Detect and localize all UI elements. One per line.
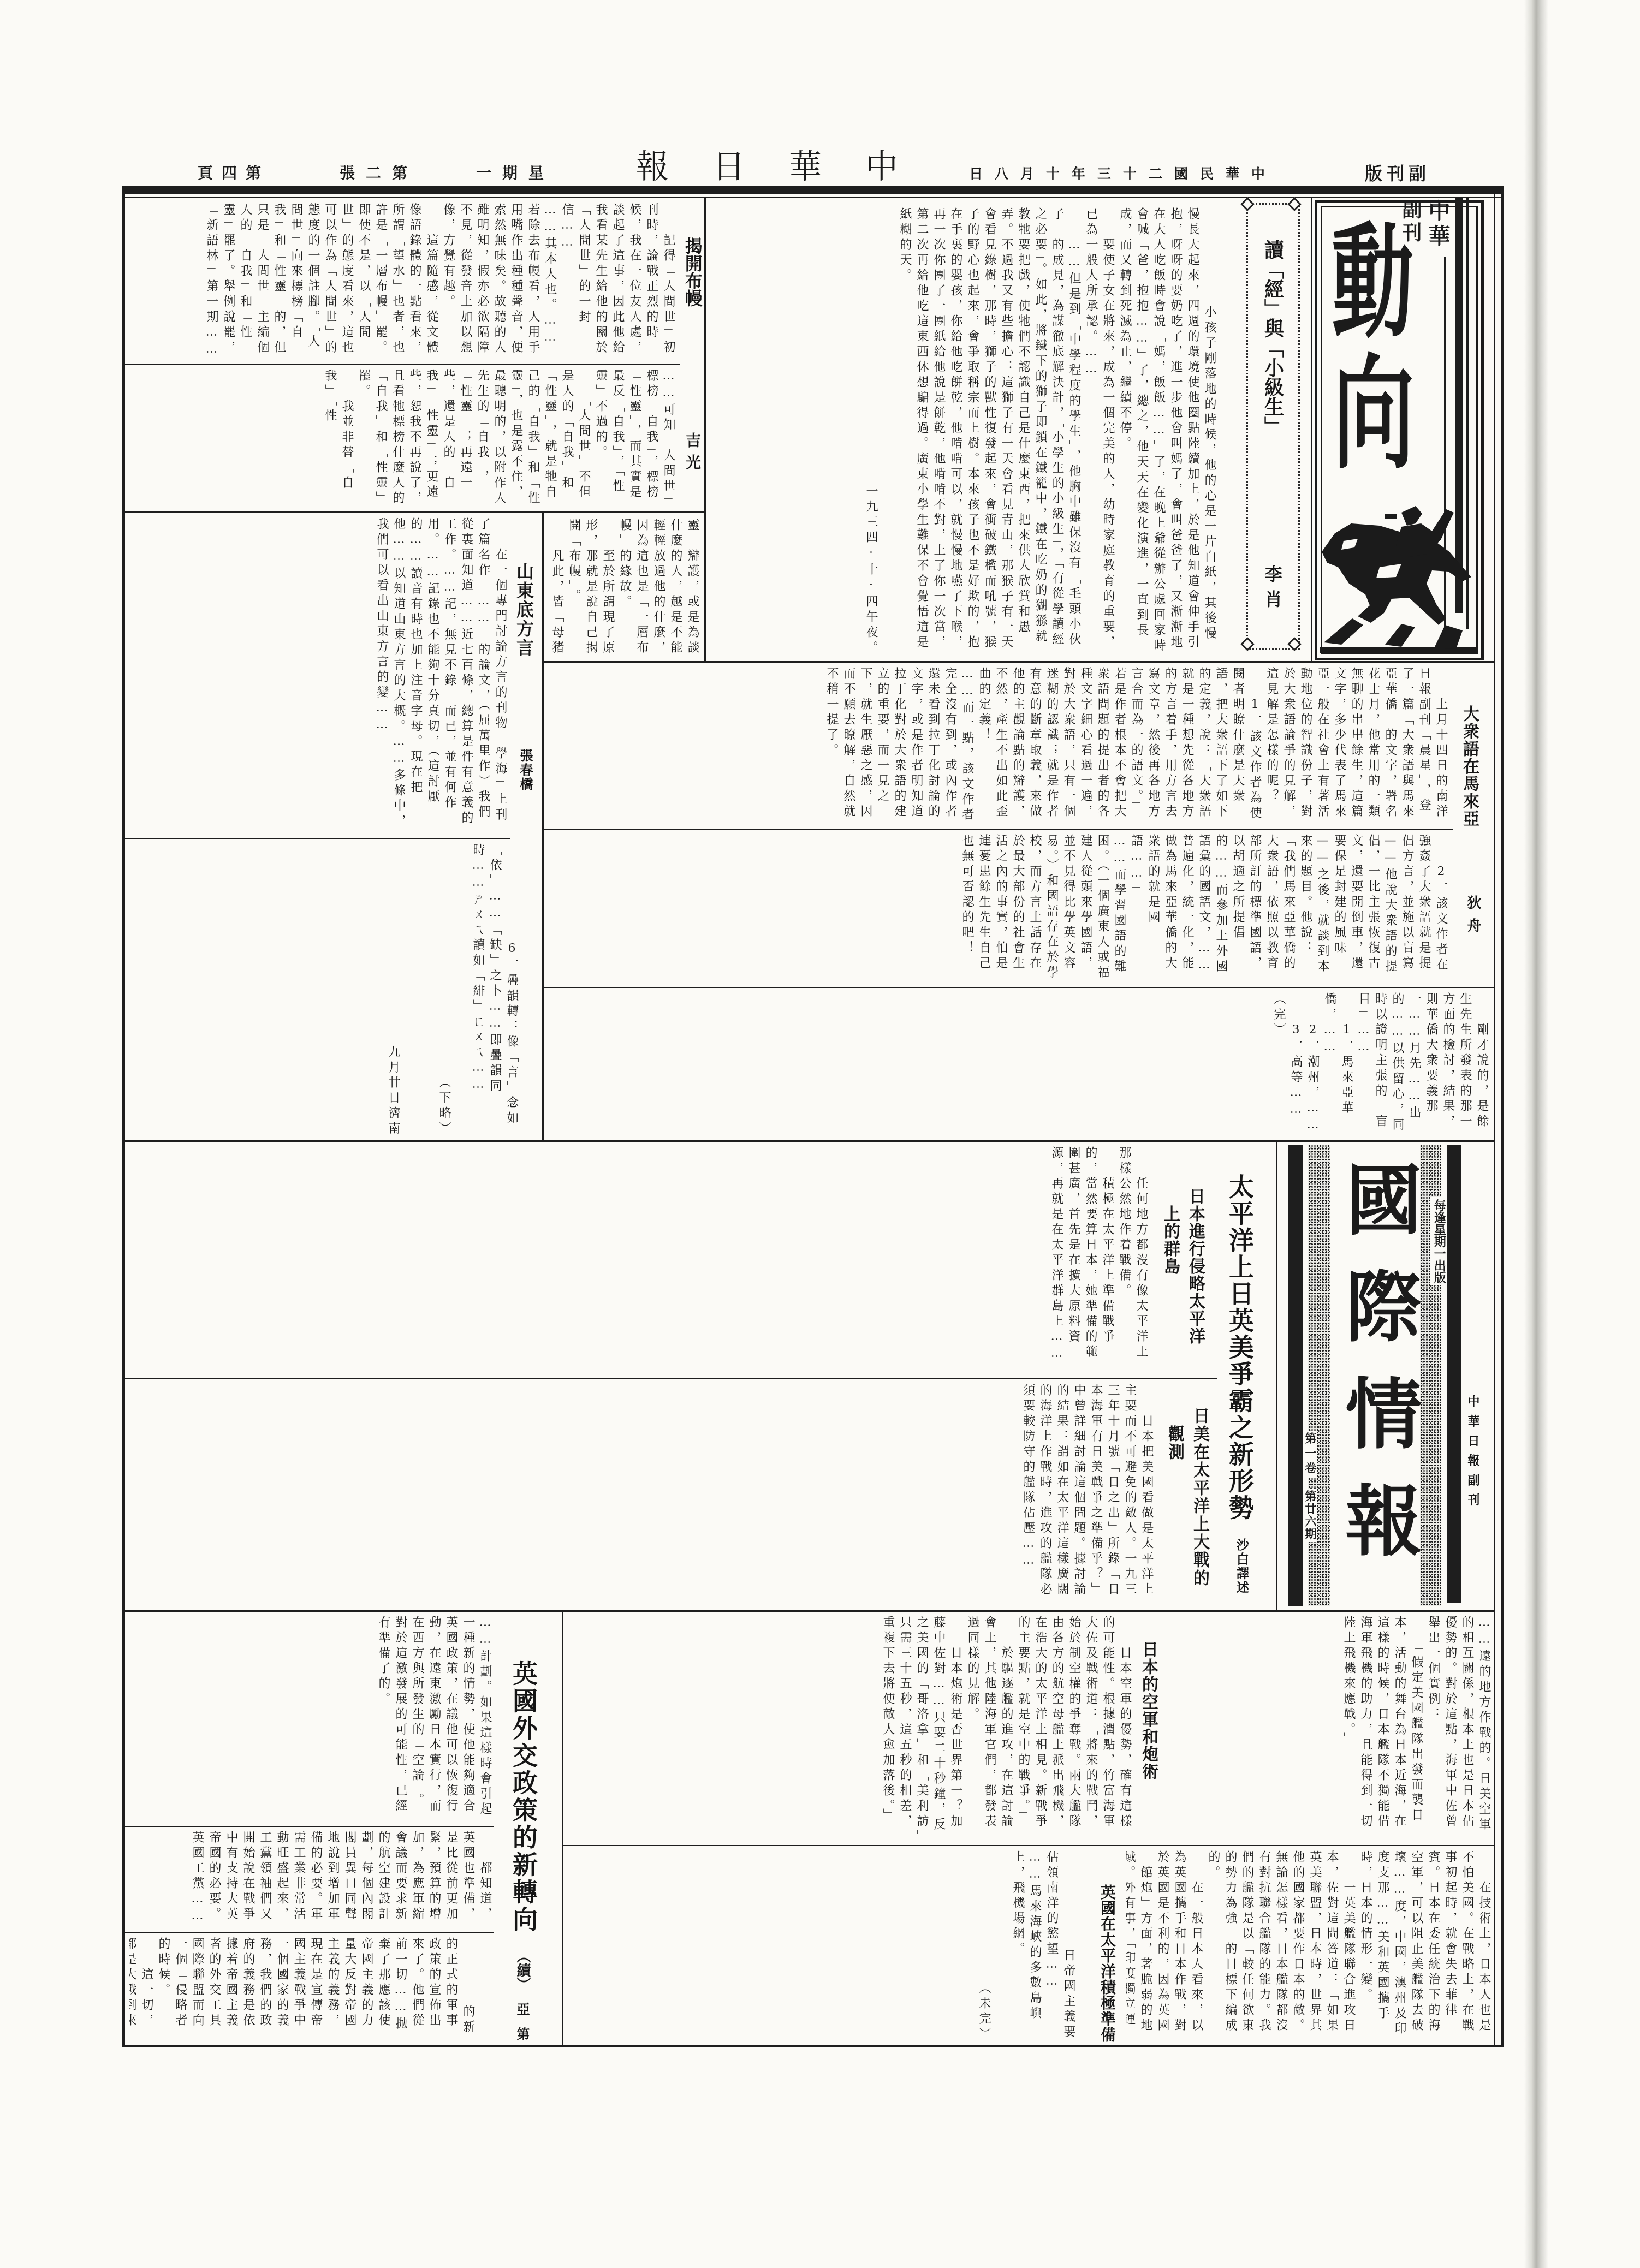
article-body-tier-2: 2．該文作者在強姦了大衆語就是提倡方言，並施以盲寫——他說大衆語的提倡，一比主張… [546,834,1449,984]
lead-article-author: 沙白譯述 [1235,1538,1247,1595]
article-body-text: 小孩子剛落地的時候，他的心是一片白紙，其後慢慢長大起來，四週的環境使他圈點陸續加… [898,207,1216,654]
column-rule [562,1610,563,2045]
masthead-publisher-label: 中華日報副刊 [1466,1395,1478,1513]
ornament-diamond [1287,197,1301,211]
masthead-title-char-dong: 動 [1332,222,1408,345]
article-body-tier-1: ……計劃。如果這樣時會引起一種新的情勢，使他能夠適合英國政策，在議他可以恢復行動… [129,1616,494,1823]
article-title: 揭開布幔 [682,237,703,307]
tier-rule [124,364,680,365]
frame-right-inner-rule [1494,186,1495,2047]
frame-right-outer-rule [1501,186,1504,2047]
article-date-line: 一九三四·十·四午夜。 [863,207,880,656]
section-subhead: 日本的空軍和炮術 [1140,1641,1156,1781]
section-body: 日帝國主義要佔領南洋的慾望…… ……馬來海峽的多數島嶼上，飛機場網。 （未完） [568,1850,1094,2043]
article-title: 英國外交政策的新轉向 [511,1660,536,1933]
article-body-tier-2: ……可知「人間世」標榜「自我」，標榜「性靈」，而其實是最反「自我」，「性靈」不過… [129,369,677,509]
section-subhead: 日本進行侵略太平洋 上的群島 [1157,1188,1208,1345]
frame-top-thick-rule [122,186,1504,194]
header-weekday: 星期一 [476,166,555,181]
masthead-issue: 第廿六期 [1303,1489,1317,1542]
masthead-title-char-xiang: 向 [1333,353,1409,476]
dongxiang-masthead: 中華 副刊 動 向 [1315,200,1484,660]
article-body-text: 的新的正式的軍事政策的宣佈出來了。他們從前一切……拋棄了那應該使帝國主義的力量大… [129,1937,475,2038]
guoji-qingbao-masthead: 國際情報 每逢星期一出版 第一卷 第廿六期 [1287,1145,1464,1606]
masthead-title: 國際情報 [1339,1160,1415,1588]
article-body: 小孩子剛落地的時候，他的心是一片白紙，其後慢慢長大起來，四週的環境使他圈點陸續加… [710,207,1235,656]
article-body-tier-3: 的新的正式的軍事政策的宣佈出來了。他們從前一切……拋棄了那應該使帝國主義的力量大… [129,1937,494,2043]
article-continued-label: （續） [515,1949,530,1991]
frame-top-thin-rule [122,197,1504,198]
section-body-text: 日帝國主義要佔領南洋的慾望…… ……馬來海峽的多數島嶼上，飛機場網。 [1011,1850,1075,2040]
article-author: 李肖 [1262,565,1282,615]
header-sheet: 第二張 [340,166,418,181]
article-body-tier-3: 靈」辯護，或是為談什麼的人，越是不能輕輕放過他的什麼，因為這也是「一層布幔」的緣… [547,519,701,658]
masthead-brand-zhonghua: 中華 [1427,199,1448,249]
masthead-left-bar [1288,1145,1303,1606]
section-lead-in: 在技術上，日本人也是不怕美國。在戰略上，在戰事初起時，就會失去菲律賓。日本在委任… [1126,1850,1493,2043]
tier-rule [124,1610,1495,1612]
section-subhead: 英國在太平洋積極準備 [1100,1884,1115,2043]
column-rule [1311,198,1312,662]
article-author: 狄舟 [1464,895,1481,941]
section-lead-in: ……遠的地方作戰的。日美空軍的相互關係，根本上也是日本佔優勢的。對於這點，海軍中… [1165,1616,1493,1842]
frame-left-rule [122,186,125,2047]
article-title: 山東底方言 [515,562,533,658]
column-rule [542,511,544,1142]
header-section-label: 副刊版 [1365,165,1430,182]
section-body: 日本空軍的優勢，確有這樣的可能性。根據潤點，竹富海軍大佐及戰術道：「將來的戰鬥，… [568,1616,1133,1842]
tier-rule [124,1932,494,1933]
tier-rule [124,838,510,839]
tier-rule [562,1845,1495,1846]
section-rule [124,1140,1495,1142]
article-title: 讀「經」與「小級生」 [1261,240,1284,436]
article-title: 大衆語在馬來亞 [1461,705,1477,828]
header-page-number: 第四頁 [198,166,270,181]
section-subhead: 日美在太平洋上大戰的 觀測 [1162,1407,1212,1587]
horse-rider-icon [1320,502,1478,653]
header-date: 中華民國二十三年十月八日 [969,167,1277,181]
header-paper-name: 中華日報 [636,151,942,183]
article-body-tier-2: 6．疊韻轉：像「言」念如「依」……「缺」之卜……即疊韻同時……ㄕㄨㄟ讀如「緋」ㄈ… [129,843,537,1137]
section-body: 日本把美國看做是太平洋上主要而不可避免的敵人。一九三三年十月號「日之出」所錄「日… [129,1384,1155,1606]
article-author: 張春橋 [519,749,532,791]
masthead-right-bar [1447,1145,1461,1603]
article-title-box: 讀「經」與「小級生」 李肖 [1246,203,1300,650]
tier-rule [124,1378,1217,1379]
article-body-tier-2: 都知道，英國也準備，是比從前更加緊，預算的增加，為應軍縮會議而要求新的航空建設計… [129,1831,494,1929]
article-author: 吉光 [684,432,701,476]
article-omission-note: （下略） [436,843,453,1137]
article-date-line: 九月廿日濟南 [385,843,402,1137]
column-rule [1276,1142,1277,1610]
section-body: 任何地方都沒有像太平洋上那樣公然地作着戰備。 積極在太平洋上準備戰爭的，當然要算… [129,1146,1150,1374]
tier-rule [542,661,1495,663]
tier-rule [542,987,1495,988]
newspaper-page: 副刊版 中華民國二十三年十月八日 中華日報 星期一 第二張 第四頁 中華 副刊 … [0,0,1640,2268]
tier-rule [124,1826,494,1827]
scan-edge-shadow [1524,0,1548,2268]
ornament-diamond [1240,637,1254,651]
column-rule [704,198,706,662]
masthead-schedule: 每逢星期一出版 [1430,1197,1447,1285]
continued-note: （未完） [976,1850,993,2043]
ornament-diamond [1240,197,1254,211]
tier-rule [542,829,1453,830]
lead-article-title: 太平洋上日英美爭霸之新形勢 [1227,1174,1252,1521]
article-body-tier-1: 上月十四日的南洋日報副刊「晨星」，登了一篇「大衆語與馬來亞華僑」的文字，署名花士… [546,667,1449,825]
article-body-text: 6．疊韻轉：像「言」念如「依」……「缺」之卜……即疊韻同時……ㄕㄨㄟ讀如「緋」ㄈ… [471,843,519,1127]
article-body-tier-3: 剛才說的，是餘生先生所發表的那一方面的檢討，結果，則華僑大衆要義那一……月先……… [546,992,1490,1138]
frame-bottom-rule [122,2045,1504,2047]
article-body-tier-1: 在一個專門討論方言的刊物「學海」上刊了篇名作「……」的論文，（屈萬里作）我們從裏… [129,517,509,834]
masthead-volume: 第一卷 [1303,1431,1317,1478]
article-body-tier-1: 記得「人間世」初刊時，論戰正烈的時候，我在一位友人處，談起了這事，因此他給我看某… [129,203,677,360]
tier-rule [124,511,706,513]
ornament-diamond [1287,637,1301,651]
article-author: 亞第 [515,2002,528,2052]
